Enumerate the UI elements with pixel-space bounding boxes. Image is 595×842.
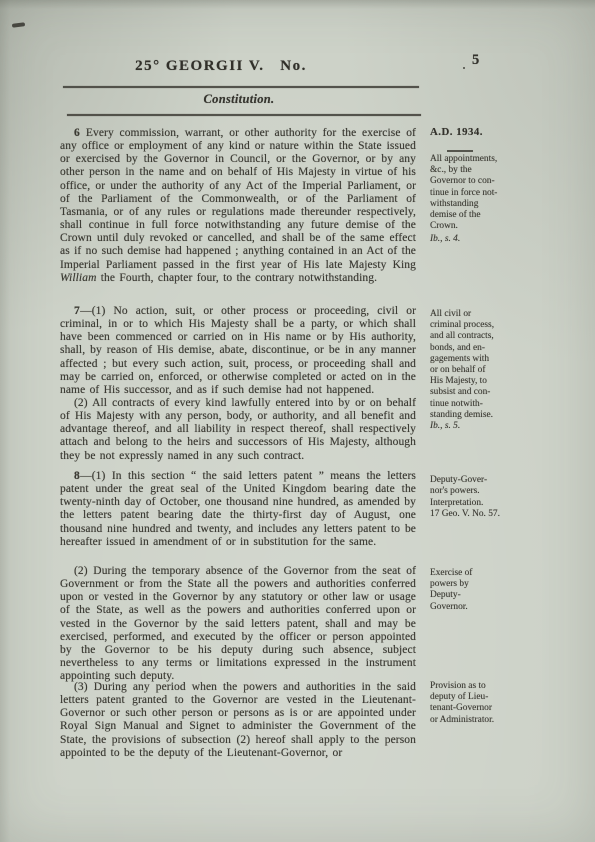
page-number: 5: [472, 52, 479, 69]
section-8-subsection-3-text: (3) During any period when the powers an…: [60, 681, 416, 759]
section-7-subsection-1: 7—(1) No action, suit, or other process …: [60, 305, 416, 397]
section-8-subsection-1-text: —(1) In this section “ the said letters …: [60, 470, 416, 548]
margin-divider-dash: [447, 150, 473, 152]
margin-note-provision-deputy: Provision as to deputy of Lieu- tenant-G…: [430, 681, 544, 726]
ink-mark: [12, 22, 25, 28]
section-7-subsection-2-text: (2) All contracts of every kind lawfully…: [60, 397, 416, 462]
ink-speck: [463, 67, 465, 69]
section-8-subsection-1: 8—(1) In this section “ the said letters…: [60, 470, 416, 549]
section-8-subsection-3: (3) During any period when the powers an…: [60, 681, 416, 760]
margin-note-interpretation: Interpretation. 17 Geo. V. No. 57.: [430, 498, 544, 520]
page-header-title: 25° GEORGII V. No.: [42, 58, 400, 75]
margin-note-deputy-governor-powers: Deputy-Gover- nor's powers.: [430, 475, 544, 497]
header-rule-top: [63, 86, 419, 88]
header-rule-bottom: [67, 114, 421, 116]
margin-note-section-7: All civil or criminal process, and all c…: [430, 309, 544, 421]
section-6-italic-word: William: [60, 272, 96, 284]
section-6-text: Every commission, warrant, or other auth…: [60, 127, 416, 271]
section-6-paragraph: 6 Every commission, warrant, or other au…: [60, 127, 416, 285]
section-8-subsection-2: (2) During the temporary absence of the …: [60, 565, 416, 683]
margin-note-section-6: All appointments, &c., by the Governor t…: [430, 154, 544, 232]
margin-note-exercise-of-powers: Exercise of powers by Deputy- Governor.: [430, 568, 544, 613]
section-8-subsection-2-text: (2) During the temporary absence of the …: [60, 565, 416, 682]
section-6-text-after: the Fourth, chapter four, to the contrar…: [96, 272, 377, 284]
section-7-subsection-1-text: —(1) No action, suit, or other process o…: [60, 305, 416, 396]
margin-reference-section-6: Ib., s. 4.: [430, 234, 544, 245]
section-7-subsection-2: (2) All contracts of every kind lawfully…: [60, 397, 416, 463]
margin-reference-section-7: Ib., s. 5.: [430, 421, 544, 432]
running-title: Constitution.: [60, 92, 418, 107]
scanned-document-page: 25° GEORGII V. No. 5 Constitution. 6 Eve…: [0, 0, 595, 842]
margin-year: A.D. 1934.: [430, 127, 544, 138]
